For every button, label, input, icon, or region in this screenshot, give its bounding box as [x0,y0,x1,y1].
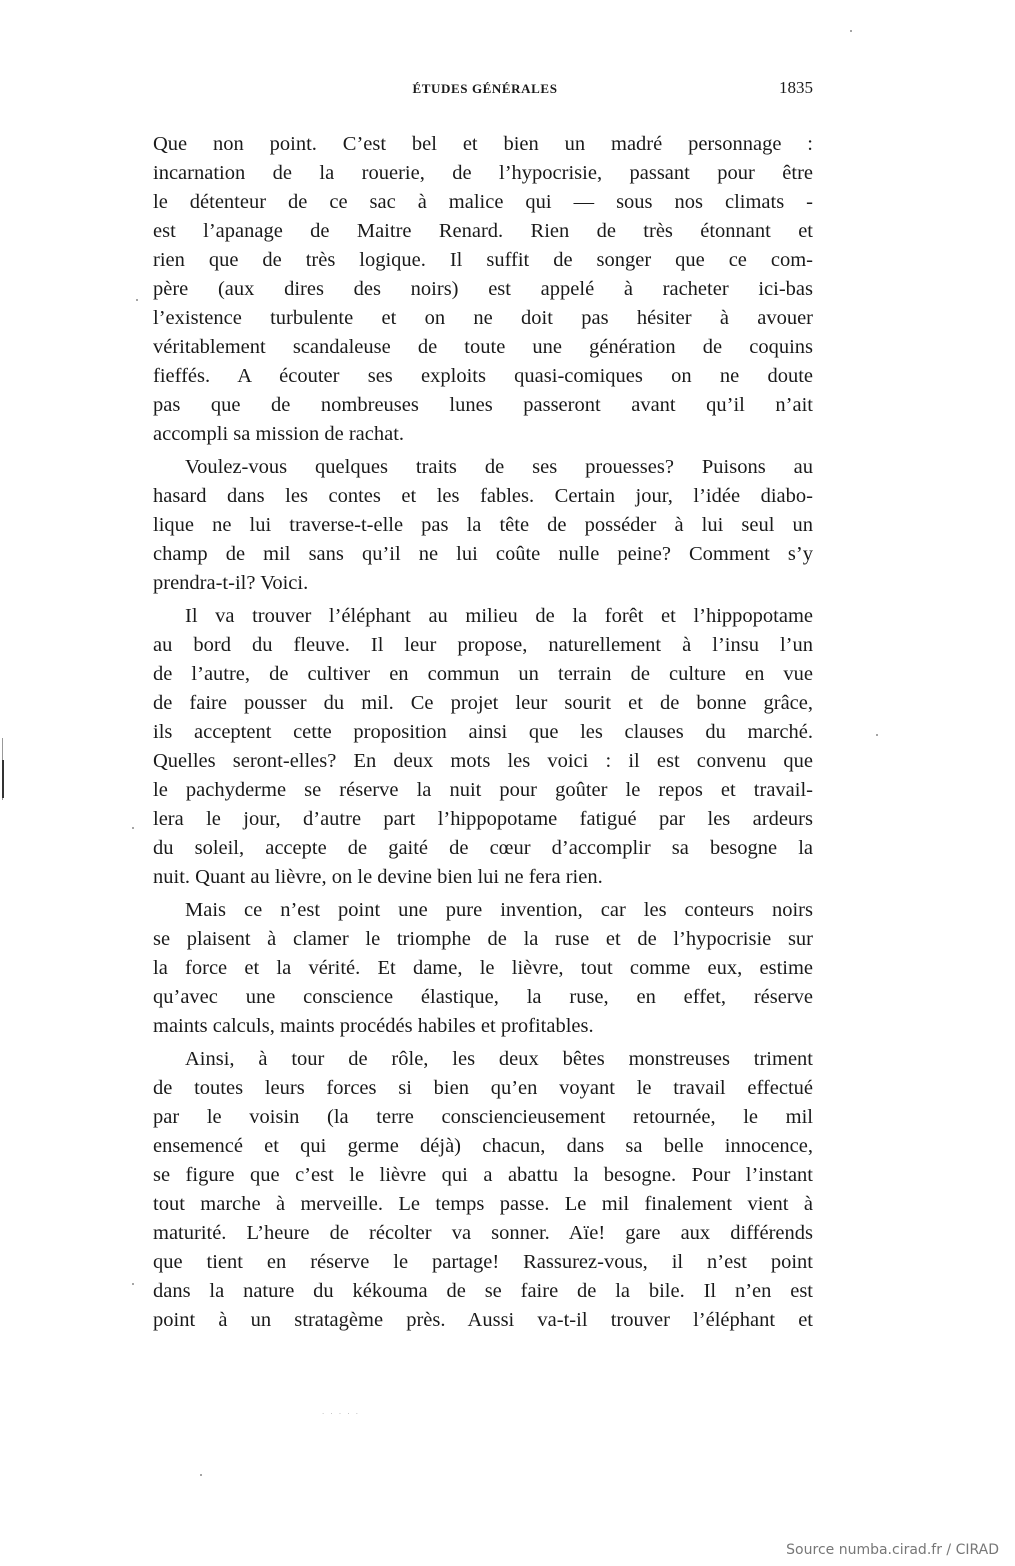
text-line: de faire pousser du mil. Ce projet leur … [153,689,813,718]
text-line: fieffés. A écouter ses exploits quasi-co… [153,362,813,391]
paragraph: Mais ce n’est point une pure invention, … [153,896,813,1041]
text-line: Mais ce n’est point une pure invention, … [153,896,813,925]
text-line: le pachyderme se réserve la nuit pour go… [153,776,813,805]
text-line: rien que de très logique. Il suffit de s… [153,246,813,275]
text-line: est l’apanage de Maitre Renard. Rien de … [153,217,813,246]
running-title: ÉTUDES GÉNÉRALES [153,81,815,97]
text-line: Quelles seront-elles? En deux mots les v… [153,747,813,776]
text-line: dans la nature du kékouma de se faire de… [153,1277,813,1306]
body-text: Que non point. C’est bel et bien un madr… [153,130,813,1339]
scan-artifact [850,30,852,32]
text-line: Ainsi, à tour de rôle, les deux bêtes mo… [153,1045,813,1074]
scanned-page: ÉTUDES GÉNÉRALES 1835 Que non point. C’e… [0,0,1015,1566]
paragraph: Voulez-vous quelques traits de ses proue… [153,453,813,598]
scan-artifact [132,827,134,829]
text-line: l’existence turbulente et on ne doit pas… [153,304,813,333]
text-line: la force et la vérité. Et dame, le lièvr… [153,954,813,983]
text-line: le détenteur de ce sac à malice qui — so… [153,188,813,217]
text-line: pas que de nombreuses lunes passeront av… [153,391,813,420]
text-line: Que non point. C’est bel et bien un madr… [153,130,813,159]
text-line: Il va trouver l’éléphant au milieu de la… [153,602,813,631]
text-line: maints calculs, maints procédés habiles … [153,1012,813,1041]
text-line: que tient en réserve le partage! Rassure… [153,1248,813,1277]
text-line: se plaisent à clamer le triomphe de la r… [153,925,813,954]
text-line: lera le jour, d’autre part l’hippopotame… [153,805,813,834]
page-number: 1835 [779,78,813,98]
scan-artifact [132,1283,134,1285]
text-line: de toutes leurs forces si bien qu’en voy… [153,1074,813,1103]
text-line: maturité. L’heure de récolter va sonner.… [153,1219,813,1248]
scan-artifact [136,299,138,301]
scan-artifact [876,734,878,736]
paragraph: Que non point. C’est bel et bien un madr… [153,130,813,449]
text-line: prendra-t-il? Voici. [153,569,813,598]
running-head: ÉTUDES GÉNÉRALES 1835 [153,78,813,102]
scan-artifact: · · · · · [322,1410,360,1418]
text-line: père (aux dires des noirs) est appelé à … [153,275,813,304]
text-line: lique ne lui traverse-t-elle pas la tête… [153,511,813,540]
text-line: qu’avec une conscience élastique, la rus… [153,983,813,1012]
text-line: au bord du fleuve. Il leur propose, natu… [153,631,813,660]
text-line: incarnation de la rouerie, de l’hypocris… [153,159,813,188]
text-line: se figure que c’est le lièvre qui a abat… [153,1161,813,1190]
text-line: point à un stratagème près. Aussi va-t-i… [153,1306,813,1335]
scan-margin-mark [2,760,4,798]
text-line: ils acceptent cette proposition ainsi qu… [153,718,813,747]
text-line: tout marche à merveille. Le temps passe.… [153,1190,813,1219]
source-watermark: Source numba.cirad.fr / CIRAD [786,1542,999,1558]
scan-artifact [200,1474,202,1476]
text-line: nuit. Quant au lièvre, on le devine bien… [153,863,813,892]
text-line: du soleil, accepte de gaité de cœur d’ac… [153,834,813,863]
text-line: accompli sa mission de rachat. [153,420,813,449]
paragraph: Il va trouver l’éléphant au milieu de la… [153,602,813,892]
text-line: champ de mil sans qu’il ne lui coûte nul… [153,540,813,569]
paragraph: Ainsi, à tour de rôle, les deux bêtes mo… [153,1045,813,1335]
text-line: hasard dans les contes et les fables. Ce… [153,482,813,511]
text-line: par le voisin (la terre consciencieuseme… [153,1103,813,1132]
text-line: de l’autre, de cultiver en commun un ter… [153,660,813,689]
text-line: Voulez-vous quelques traits de ses proue… [153,453,813,482]
text-line: véritablement scandaleuse de toute une g… [153,333,813,362]
text-line: ensemencé et qui germe déjà) chacun, dan… [153,1132,813,1161]
